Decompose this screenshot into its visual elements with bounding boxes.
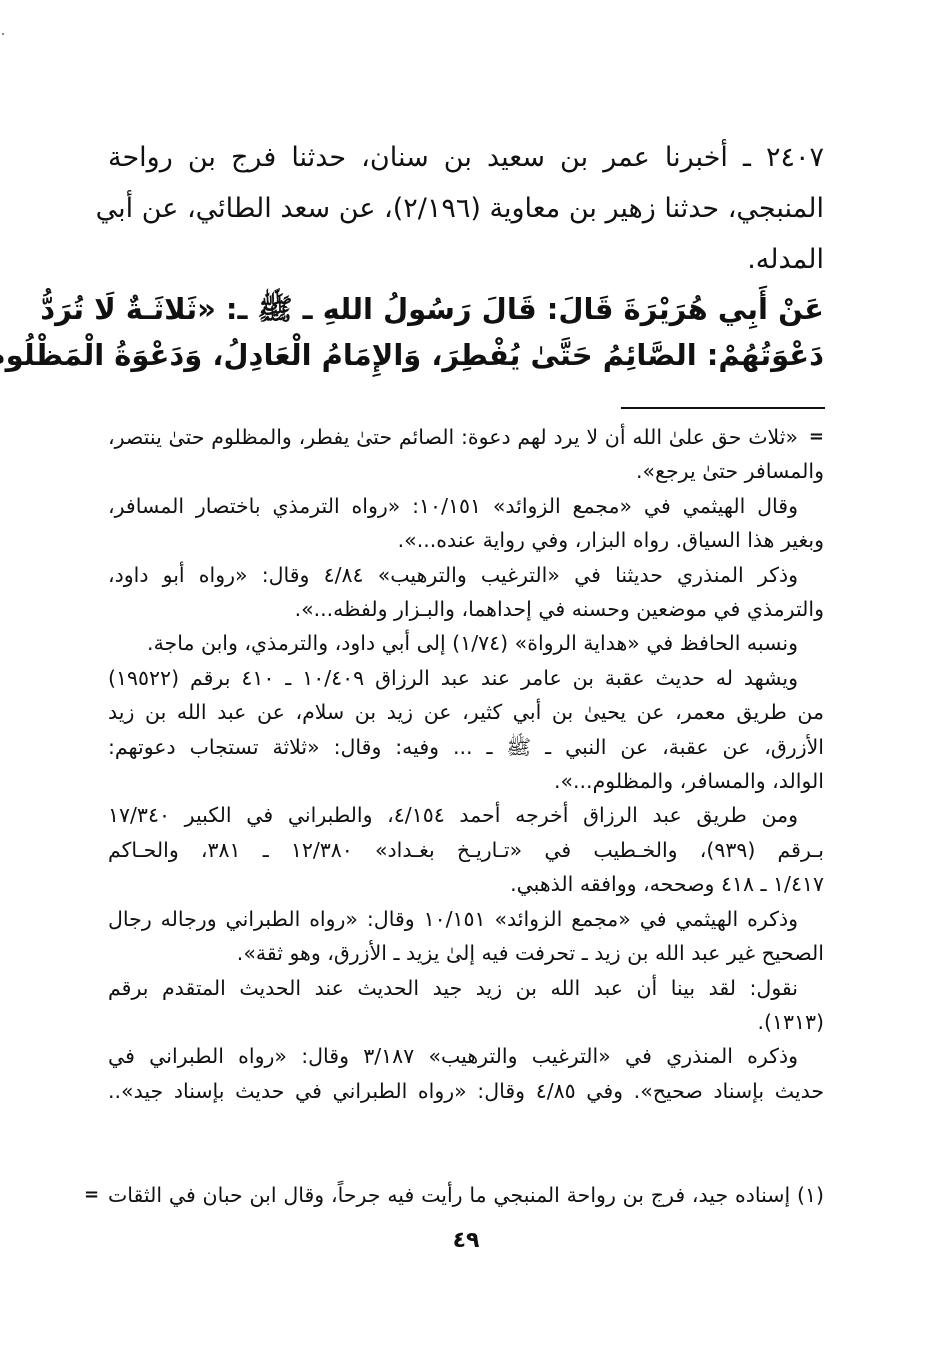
scan-artifact [2,33,4,35]
note-paragraph: ونسبه الحافظ في «هداية الرواة» (١/٧٤) إل… [108,626,824,660]
note-line: ١/٤١٧ ـ ٤١٨ وصححه، ووافقه الذهبي. [108,867,824,901]
continuation-mark: = [84,1178,99,1212]
note-line: ونسبه الحافظ في «هداية الرواة» (١/٧٤) إل… [108,626,824,660]
note-line: والترمذي في موضعين وحسنه في إحداهما، وال… [108,592,824,626]
note-line: ويشهد له حديث عقبة بن عامر عند عبد الرزا… [108,661,824,695]
note-paragraph: وذكره المنذري في «الترغيب والترهيب» ٣/١٨… [108,1039,824,1108]
note-line: الأزرق، عن عقبة، عن النبي ـ ﷺ ـ ... وفيه… [108,730,824,764]
footnote-separator [621,407,825,409]
note-paragraph: نقول: لقد بينا أن عبد الله بن زيد جيد ال… [108,971,824,1040]
hadith-text: عَنْ أَبِي هُرَيْرَةَ قَالَ: قَالَ رَسُو… [108,286,824,378]
book-page: ٢٤٠٧ ـ أخبرنا عمر بن سعيد بن سنان، حدثنا… [0,0,932,1359]
isnad-paragraph: ٢٤٠٧ ـ أخبرنا عمر بن سعيد بن سنان، حدثنا… [108,132,824,285]
note-line: وذكر المنذري حديثنا في «الترغيب والترهيب… [108,558,824,592]
note-line: وبغير هذا السياق. رواه البزار، وفي رواية… [108,523,824,557]
note-line: وذكره الهيثمي في «مجمع الزوائد» ١٠/١٥١ و… [108,902,824,936]
footnote-marker: (١) [797,1183,824,1207]
footnote-1: (١) إسناده جيد، فرج بن رواحة المنبجي ما … [108,1178,824,1212]
note-line: والمسافر حتىٰ يرجع». [108,454,824,488]
note-line: وقال الهيثمي في «مجمع الزوائد» ١٠/١٥١: «… [108,489,824,523]
isnad-line: المدله. [108,234,824,285]
isnad-line: ٢٤٠٧ ـ أخبرنا عمر بن سعيد بن سنان، حدثنا… [108,132,824,183]
note-line: من طريق معمر، عن يحيىٰ بن أبي كثير، عن ز… [108,695,824,729]
matn-line: عَنْ أَبِي هُرَيْرَةَ قَالَ: قَالَ رَسُو… [108,286,824,332]
note-paragraph: وقال الهيثمي في «مجمع الزوائد» ١٠/١٥١: «… [108,489,824,558]
matn-line: دَعْوَتُهُمْ: الصَّائِمُ حَتَّىٰ يُفْطِر… [108,332,824,378]
matn-line-text: دَعْوَتُهُمْ: الصَّائِمُ حَتَّىٰ يُفْطِر… [0,338,824,372]
footnote-line: (١) إسناده جيد، فرج بن رواحة المنبجي ما … [108,1178,824,1212]
isnad-line: المنبجي، حدثنا زهير بن معاوية (٢/١٩٦)، ع… [108,183,824,234]
note-line: «ثلاث حق علىٰ الله أن لا يرد لهم دعوة: ا… [108,420,824,454]
footnote-commentary: = «ثلاث حق علىٰ الله أن لا يرد لهم دعوة:… [108,420,824,1108]
note-line: وذكره المنذري في «الترغيب والترهيب» ٣/١٨… [108,1039,824,1073]
note-paragraph: وذكر المنذري حديثنا في «الترغيب والترهيب… [108,558,824,627]
note-line: ومن طريق عبد الرزاق أخرجه أحمد ٤/١٥٤، وا… [108,798,824,832]
note-paragraph: ويشهد له حديث عقبة بن عامر عند عبد الرزا… [108,661,824,799]
page-number: ٤٩ [0,1228,932,1253]
note-line: الصحيح غير عبد الله بن زيد ـ تحرفت فيه إ… [108,936,824,970]
note-paragraph: ومن طريق عبد الرزاق أخرجه أحمد ٤/١٥٤، وا… [108,798,824,901]
note-line: حديث بإسناد صحيح». وفي ٤/٨٥ وقال: «رواه … [108,1074,824,1108]
note-line: الوالد، والمسافر، والمظلوم...». [108,764,824,798]
note-paragraph: وذكره الهيثمي في «مجمع الزوائد» ١٠/١٥١ و… [108,902,824,971]
note-line: نقول: لقد بينا أن عبد الله بن زيد جيد ال… [108,971,824,1005]
footnote-text: إسناده جيد، فرج بن رواحة المنبجي ما رأيت… [108,1183,790,1207]
continuation-mark: = [809,420,824,454]
note-paragraph: = «ثلاث حق علىٰ الله أن لا يرد لهم دعوة:… [108,420,824,489]
footnote-body: (١) إسناده جيد، فرج بن رواحة المنبجي ما … [108,1178,824,1212]
note-line: بـرقم (٩٣٩)، والخـطيب في «تـاريـخ بغـداد… [108,833,824,867]
note-line: (١٣١٣). [108,1005,824,1039]
